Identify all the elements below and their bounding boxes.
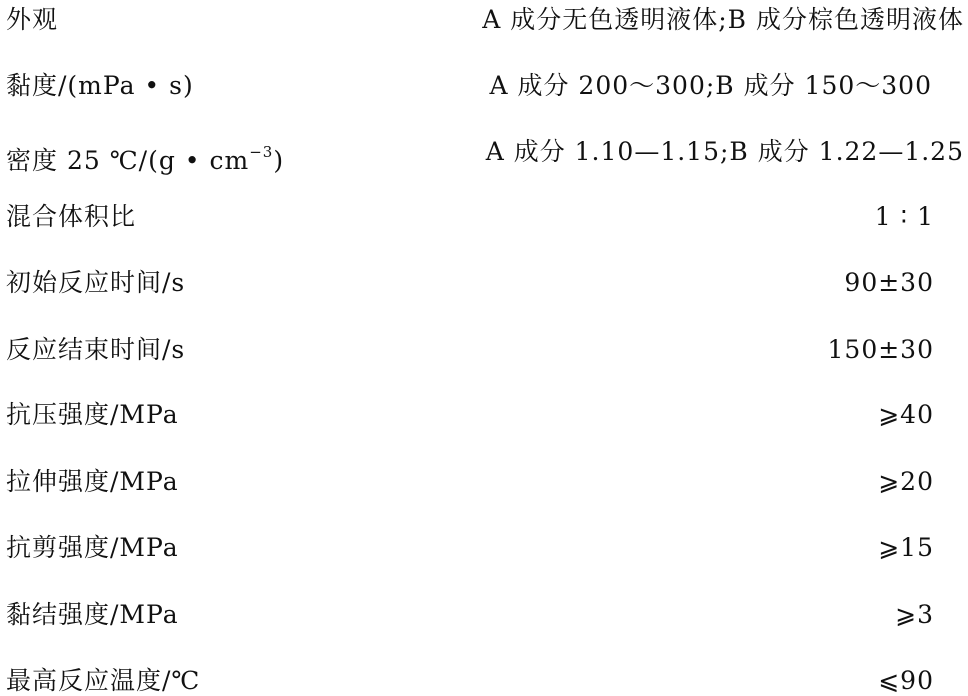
- row-label: 密度 25 ℃/(g • cm−3): [6, 132, 284, 181]
- table-row-compressive-strength: 抗压强度/MPa ⩾40: [0, 395, 968, 435]
- table-row-initial-reaction-time: 初始反应时间/s 90±30: [0, 263, 968, 303]
- table-row-tensile-strength: 拉伸强度/MPa ⩾20: [0, 462, 968, 502]
- row-label: 最高反应温度/℃: [6, 661, 200, 696]
- label-prefix: 密度 25 ℃/(g • cm: [6, 146, 249, 175]
- row-value: ⩾3: [895, 595, 934, 635]
- row-value: ⩾20: [878, 462, 934, 502]
- row-label: 黏结强度/MPa: [6, 595, 179, 635]
- row-value: A 成分 1.10—1.15;B 成分 1.22—1.25: [486, 132, 964, 172]
- table-row-bond-strength: 黏结强度/MPa ⩾3: [0, 595, 968, 635]
- row-value: A 成分 200～300;B 成分 150～300: [489, 66, 932, 106]
- table-row-reaction-end-time: 反应结束时间/s 150±30: [0, 330, 968, 370]
- row-label: 反应结束时间/s: [6, 330, 185, 370]
- table-row-shear-strength: 抗剪强度/MPa ⩾15: [0, 528, 968, 568]
- label-superscript: −3: [249, 143, 273, 161]
- row-label: 拉伸强度/MPa: [6, 462, 179, 502]
- row-label: 外观: [6, 0, 58, 40]
- row-label: 抗剪强度/MPa: [6, 528, 179, 568]
- table-row-max-reaction-temp: 最高反应温度/℃ ⩽90: [0, 661, 968, 696]
- table-row-density: 密度 25 ℃/(g • cm−3) A 成分 1.10—1.15;B 成分 1…: [0, 132, 968, 172]
- row-value: 150±30: [828, 330, 934, 370]
- table-row-appearance: 外观 A 成分无色透明液体;B 成分棕色透明液体: [0, 0, 968, 40]
- row-label: 混合体积比: [6, 197, 136, 237]
- row-label: 抗压强度/MPa: [6, 395, 179, 435]
- table-row-viscosity: 黏度/(mPa • s) A 成分 200～300;B 成分 150～300: [0, 66, 968, 106]
- label-suffix: ): [273, 146, 284, 175]
- row-value: ⩾15: [878, 528, 934, 568]
- row-value: 90±30: [844, 263, 934, 303]
- row-value: ⩽90: [878, 661, 934, 696]
- row-label: 黏度/(mPa • s): [6, 66, 194, 106]
- row-value: 1 ∶ 1: [875, 197, 934, 237]
- row-value: A 成分无色透明液体;B 成分棕色透明液体: [482, 0, 964, 40]
- row-label: 初始反应时间/s: [6, 263, 185, 303]
- row-value: ⩾40: [878, 395, 934, 435]
- table-row-mix-ratio: 混合体积比 1 ∶ 1: [0, 197, 968, 237]
